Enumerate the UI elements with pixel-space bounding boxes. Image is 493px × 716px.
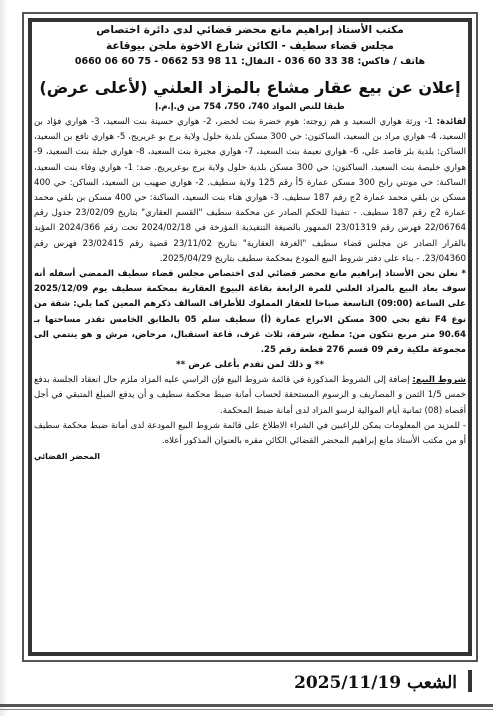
auction-paragraph: * نعلن نحن الأستاذ إبراهيم مانع محضر قضا…: [34, 267, 466, 358]
conditions-paragraph: شروط البيع: إضافة إلى الشروط المذكورة في…: [34, 373, 466, 419]
legal-reference: طبقا للنص المواد 740، 750، 754 من ق.إ.م.…: [34, 100, 466, 115]
conditions-text: إضافة إلى الشروط المذكورة في قائمة شروط …: [34, 375, 466, 415]
office-address: مجلس قضاء سطيف - الكائن شارع الاخوة ملجن…: [34, 38, 466, 54]
conditions-label: شروط البيع:: [412, 375, 466, 385]
scan-edge-shadow: [0, 0, 8, 716]
bailiff-signature: المحضر القضائي: [34, 449, 100, 464]
footer-marker: [468, 670, 472, 692]
page-rule-thin: [0, 709, 493, 710]
publication-date: الشعب 2025/11/19: [288, 673, 463, 693]
beneficiary-label: لفائدة:: [437, 117, 466, 127]
parties-text: 1- ورثة هواري السعيد و هم زوجته: هوم خضر…: [34, 117, 466, 264]
notice-content: مكتب الأستاذ إبراهيم مانع محضر قضائي لدى…: [34, 22, 466, 464]
more-info-paragraph: - للمزيد من المعلومات يمكن للراغبين في ا…: [34, 419, 466, 449]
notice-title: إعلان عن بيع عقار مشاع بالمزاد العلني (ل…: [34, 76, 466, 100]
office-name: مكتب الأستاذ إبراهيم مانع محضر قضائي لدى…: [34, 22, 466, 38]
office-phones: هاتف / فاكس: 38 33 60 036 - النقال: 11 9…: [34, 54, 466, 70]
parties-paragraph: لفائدة: 1- ورثة هواري السعيد و هم زوجته:…: [34, 115, 466, 267]
signature-row: المحضر القضائي: [34, 449, 466, 464]
highest-bid-note: ** و ذلك لمن تقدم بأعلى عرض **: [34, 358, 466, 373]
page-rule: [0, 704, 493, 707]
